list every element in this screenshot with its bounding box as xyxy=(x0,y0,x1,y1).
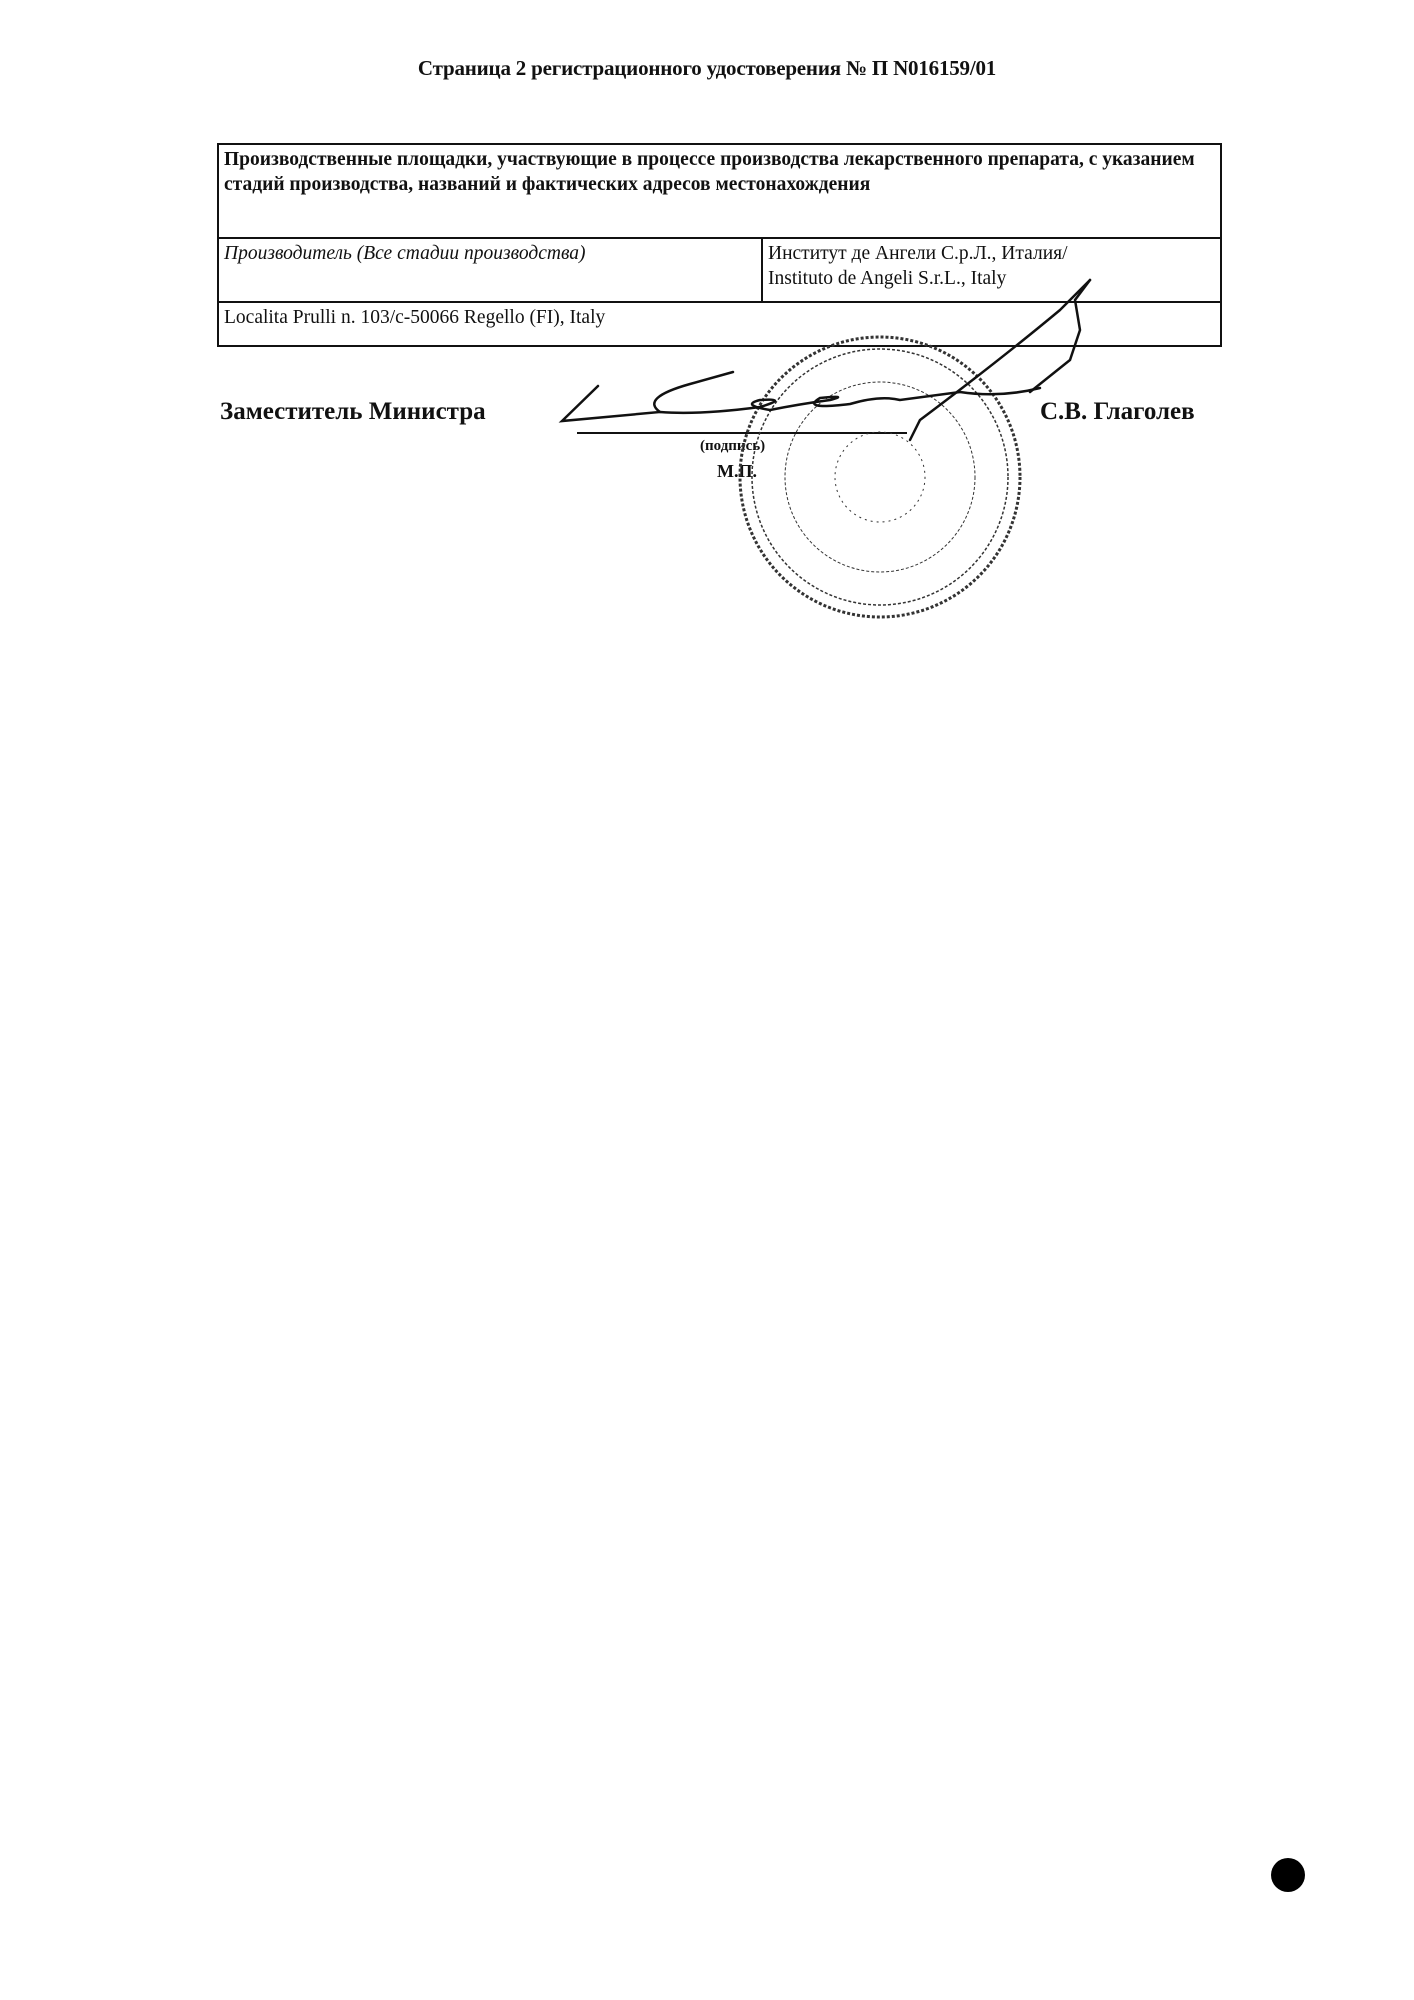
signature-line xyxy=(577,432,907,434)
signatory-name: С.В. Глаголев xyxy=(1040,398,1195,426)
manufacturer-role: Производитель (Все стадии производства) xyxy=(218,238,762,302)
manufacturer-address: Localita Prulli n. 103/c-50066 Regello (… xyxy=(218,302,1221,346)
manufacturer-name: Институт де Ангели С.р.Л., Италия/ Insti… xyxy=(762,238,1221,302)
manufacturer-name-en: Instituto de Angeli S.r.L., Italy xyxy=(768,266,1215,291)
signature-caption: (подпись) xyxy=(700,438,765,455)
page-title: Страница 2 регистрационного удостоверени… xyxy=(0,56,1414,81)
manufacturer-name-ru: Институт де Ангели С.р.Л., Италия/ xyxy=(768,241,1215,266)
table-header: Производственные площадки, участвующие в… xyxy=(218,144,1221,238)
punch-hole-mark xyxy=(1271,1858,1305,1892)
manufacturing-sites-table: Производственные площадки, участвующие в… xyxy=(217,143,1222,347)
table-row: Производитель (Все стадии производства) … xyxy=(218,238,1221,302)
table-row: Localita Prulli n. 103/c-50066 Regello (… xyxy=(218,302,1221,346)
stamp-place-label: М.П. xyxy=(717,461,757,482)
official-seal-icon xyxy=(740,337,1020,617)
signatory-position: Заместитель Министра xyxy=(220,398,486,426)
